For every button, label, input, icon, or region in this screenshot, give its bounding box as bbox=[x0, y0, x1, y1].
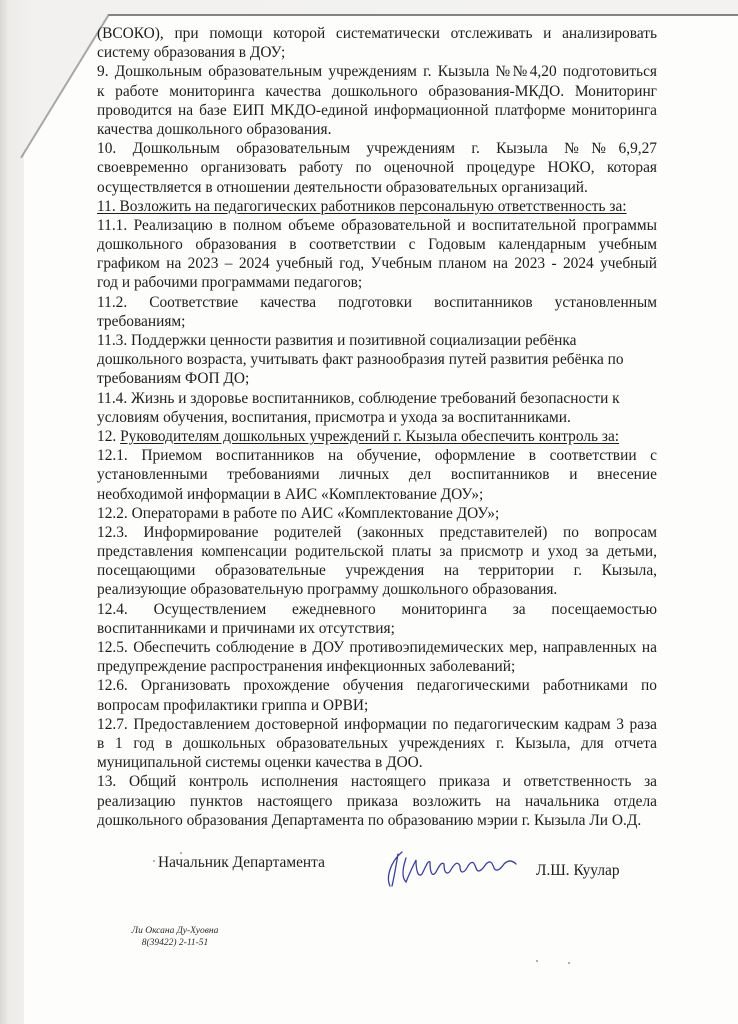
document-body: (ВСОКО), при помощи которой систематичес… bbox=[97, 24, 657, 830]
text-line: (ВСОКО), при помощи которой систематичес… bbox=[97, 24, 657, 43]
text-line: посещающими образовательные учреждения н… bbox=[97, 561, 657, 580]
text-line: 12.6. Организовать прохождение обучения … bbox=[97, 676, 657, 695]
text-line: 12.1. Приемом воспитанников на обучение,… bbox=[97, 446, 657, 465]
text-line: 9. Дошкольным образовательным учреждения… bbox=[97, 62, 657, 81]
text-line: 12.7. Предоставлением достоверной информ… bbox=[97, 715, 657, 734]
text-line: 10. Дошкольным образовательным учреждени… bbox=[97, 139, 657, 158]
text-line: дошкольного возраста, учитывать факт раз… bbox=[97, 350, 657, 369]
text-line: 12.3. Информирование родителей (законных… bbox=[97, 523, 657, 542]
text-line: реализацию пунктов настоящего приказа во… bbox=[97, 792, 657, 811]
text-line: качества дошкольного образования. bbox=[97, 120, 657, 139]
handwritten-signature-icon bbox=[376, 848, 536, 890]
text-line: в 1 год в дошкольных образовательных учр… bbox=[97, 734, 657, 753]
section-heading-text: Руководителям дошкольных учреждений г. К… bbox=[120, 428, 619, 445]
text-line: условиям обучения, воспитания, присмотра… bbox=[97, 408, 657, 427]
text-line: предупреждение распространения инфекцион… bbox=[97, 657, 657, 676]
executor-phone: 8(39422) 2-11-51 bbox=[120, 937, 230, 949]
text-line: 11.4. Жизнь и здоровье воспитанников, со… bbox=[97, 389, 657, 408]
text-line: реализующие образовательную программу до… bbox=[97, 580, 657, 599]
text-line: своевременно организовать работу по оцен… bbox=[97, 158, 657, 177]
text-line: 12.5. Обеспечить соблюдение в ДОУ против… bbox=[97, 638, 657, 657]
scan-speck bbox=[568, 962, 570, 964]
text-line: к работе мониторинга качества дошкольног… bbox=[97, 82, 657, 101]
text-line: осуществляется в отношении деятельности … bbox=[97, 178, 657, 197]
signer-position: Начальник Департамента bbox=[158, 854, 325, 872]
executor-name: Ли Оксана Ду-Хуовна bbox=[120, 925, 230, 937]
signer-name: Л.Ш. Куулар bbox=[536, 862, 620, 880]
text-line: дошкольного образования в соответствии с… bbox=[97, 235, 657, 254]
text-line: муниципальной системы оценки качества в … bbox=[97, 753, 657, 772]
text-line: проводится на базе ЕИП МКДО-единой инфор… bbox=[97, 101, 657, 120]
scan-speck bbox=[153, 860, 155, 862]
text-line: год и рабочими программами педагогов; bbox=[97, 273, 657, 292]
text-line: дошкольного образования Департамента по … bbox=[97, 811, 657, 830]
text-line: 12.2. Операторами в работе по АИС «Компл… bbox=[97, 504, 657, 523]
scan-speck bbox=[180, 852, 182, 854]
text-line: представления компенсации родительской п… bbox=[97, 542, 657, 561]
text-line: 11.1. Реализацию в полном объеме образов… bbox=[97, 216, 657, 235]
text-line: необходимой информации в АИС «Комплектов… bbox=[97, 485, 657, 504]
text-line: графиком на 2023 – 2024 учебный год, Уче… bbox=[97, 254, 657, 273]
text-line: установленными требованиями личных дел в… bbox=[97, 465, 657, 484]
page-top-edge bbox=[108, 14, 738, 16]
text-line: требованиям ФОП ДО; bbox=[97, 369, 657, 388]
signature-block: Начальник Департамента Л.Ш. Куулар bbox=[158, 848, 658, 888]
scan-speck bbox=[536, 960, 538, 962]
text-line: воспитанниками и причинами их отсутствия… bbox=[97, 619, 657, 638]
text-line: 11.3. Поддержки ценности развития и пози… bbox=[97, 331, 657, 350]
text-line: вопросам профилактики гриппа и ОРВИ; bbox=[97, 696, 657, 715]
executor-info: Ли Оксана Ду-Хуовна 8(39422) 2-11-51 bbox=[120, 925, 230, 949]
text-line: 13. Общий контроль исполнения настоящего… bbox=[97, 772, 657, 791]
text-line: систему образования в ДОУ; bbox=[97, 43, 657, 62]
text-line: требованиям; bbox=[97, 312, 657, 331]
text-line: 11.2. Соответствие качества подготовки в… bbox=[97, 293, 657, 312]
text-line: 12.4. Осуществлением ежедневного монитор… bbox=[97, 600, 657, 619]
section-heading-12: 12. Руководителям дошкольных учреждений … bbox=[97, 427, 657, 446]
section-number: 12. bbox=[97, 428, 120, 445]
section-heading-11: 11. Возложить на педагогических работник… bbox=[97, 197, 657, 216]
